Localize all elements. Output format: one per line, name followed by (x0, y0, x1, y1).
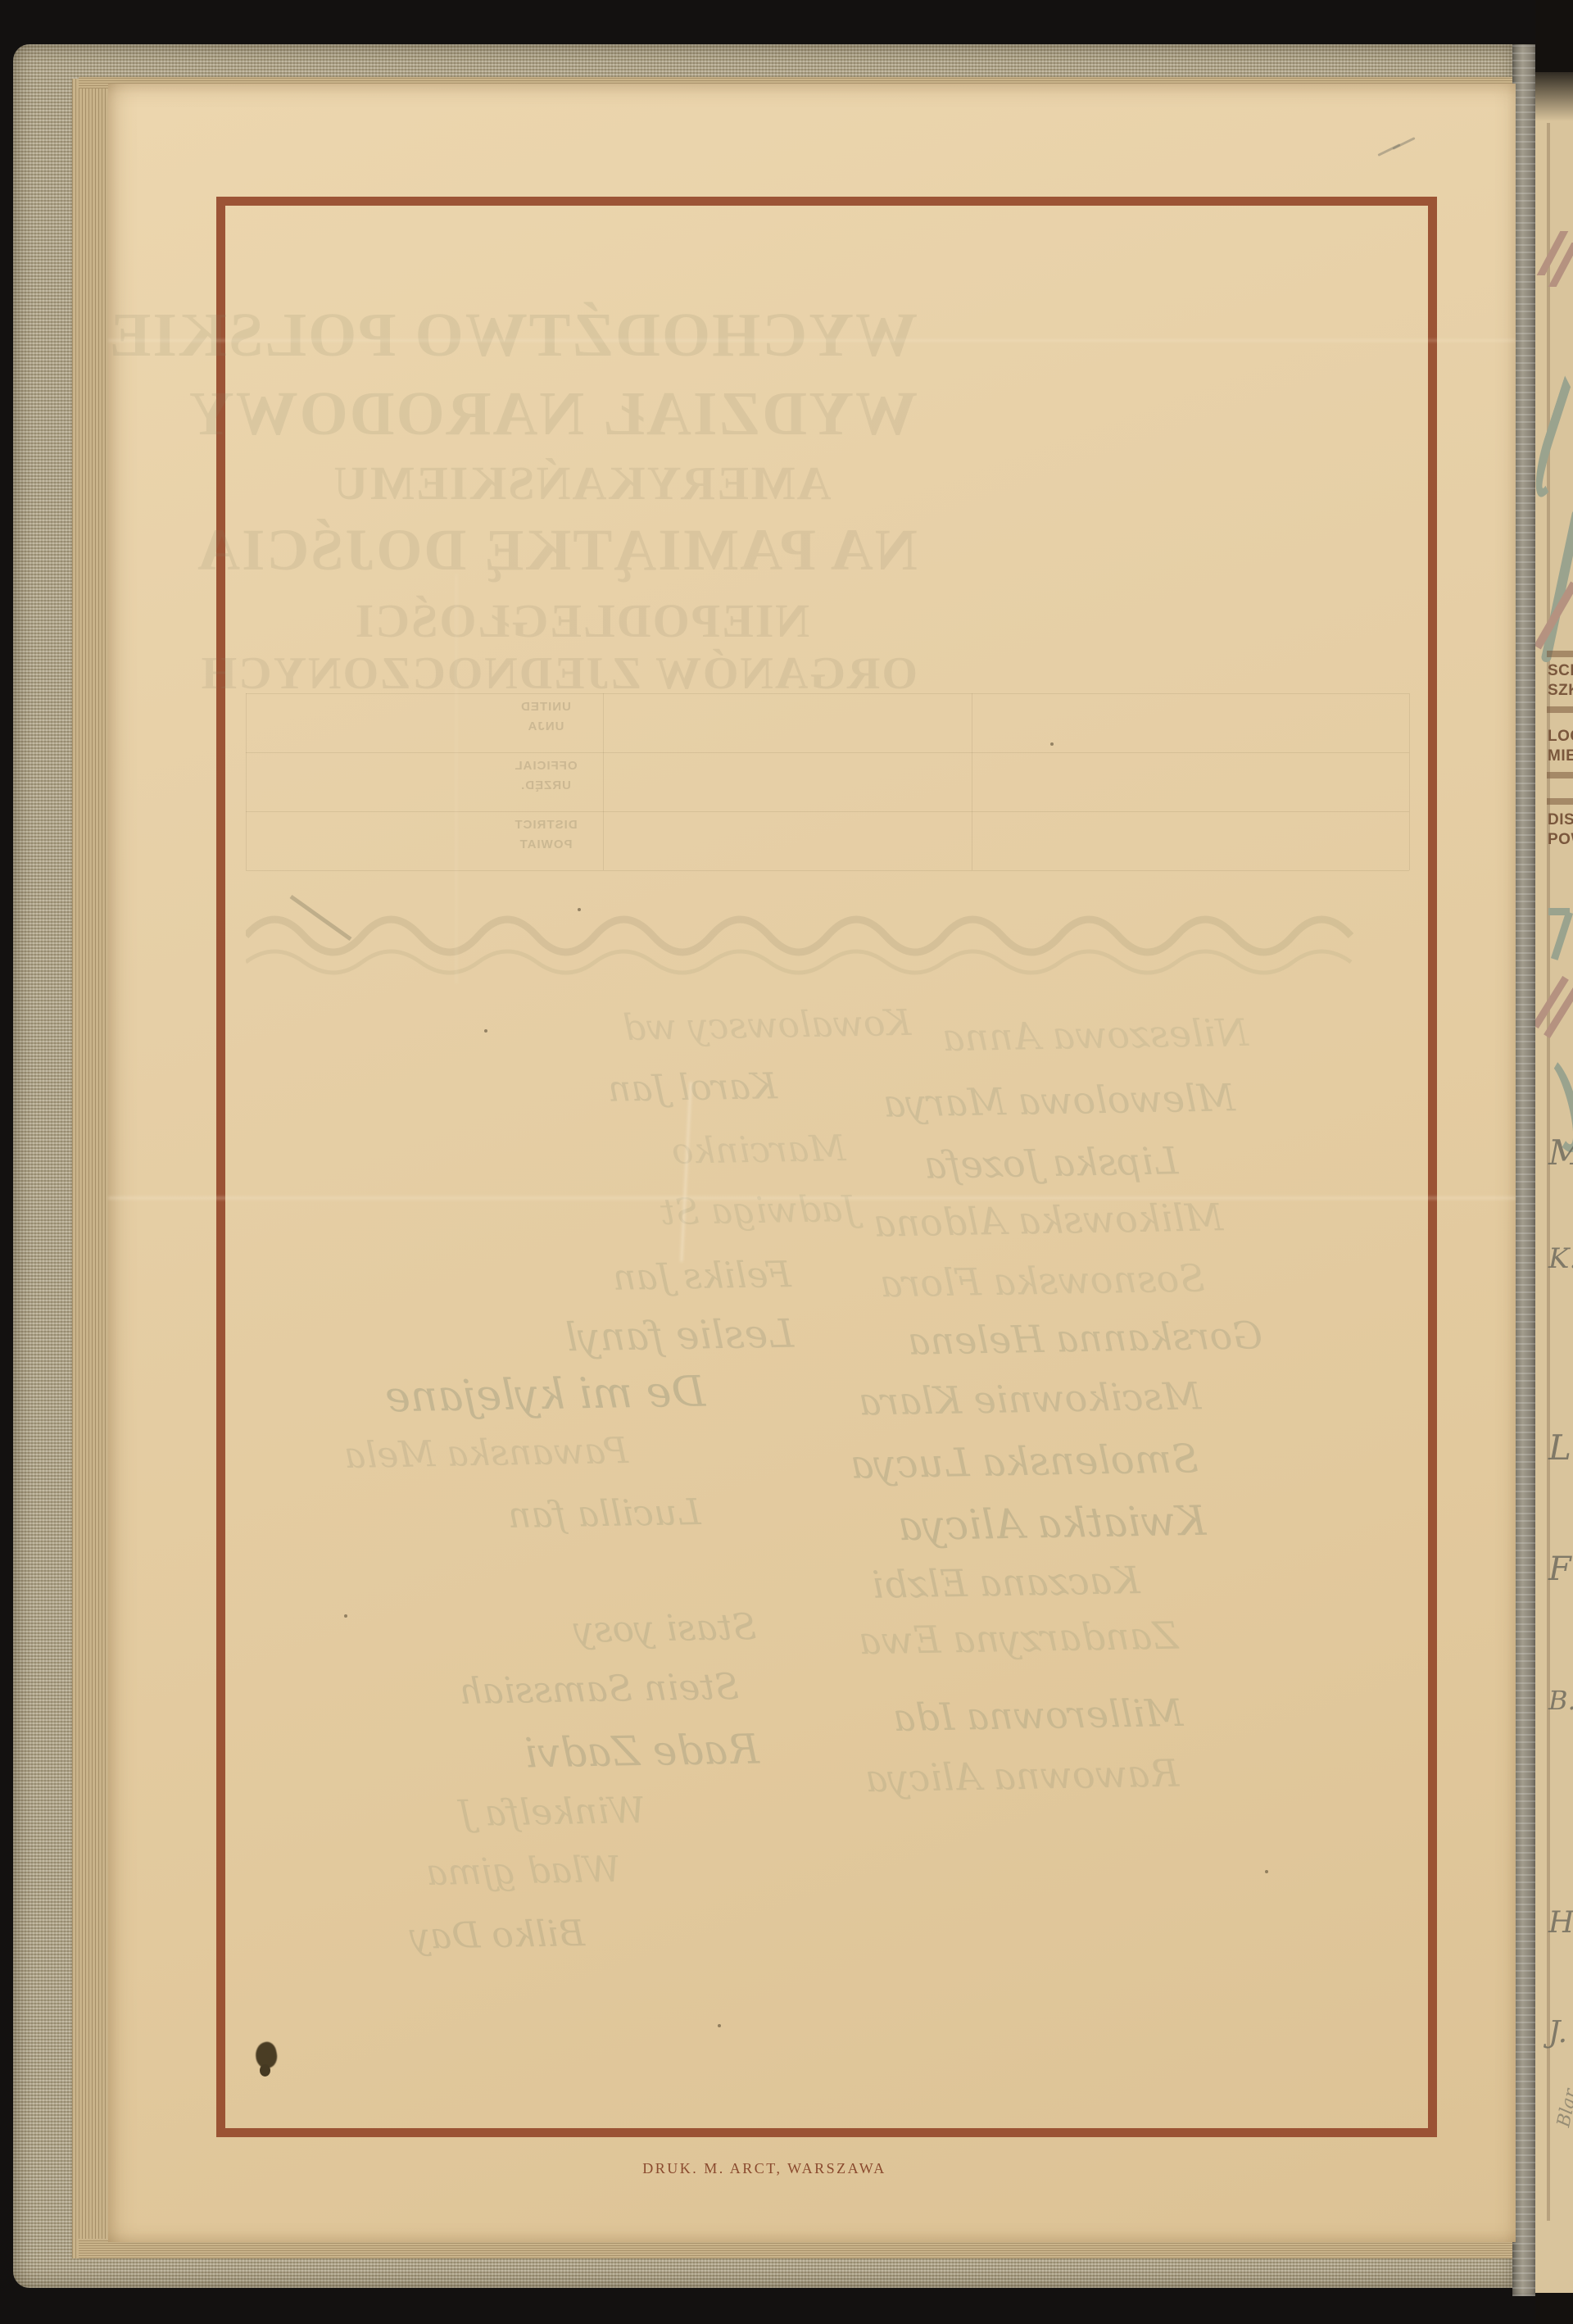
ghost-handwriting-line: Zandarzyna Ewa (859, 1614, 1179, 1664)
ghost-handwriting-line: Kwiatka Alicya (898, 1497, 1207, 1550)
ghost-title-line: AMERYKAŃSKIEMU (246, 456, 918, 511)
facing-initial: M (1548, 1132, 1573, 1173)
ink-blot-tail (260, 2064, 270, 2077)
ghost-table-line (603, 693, 604, 870)
ghost-table-cell: DISTRICT (488, 818, 603, 832)
ghost-handwriting-line: Mlewolowa Marya (883, 1075, 1236, 1125)
deco-sage-seven-stem-icon (1551, 911, 1573, 960)
ghost-handwriting-line: Lipska Jozefa (924, 1138, 1179, 1187)
ghost-title-line: NIEPODLEGŁOŚCI (246, 593, 918, 648)
printer-imprint: DRUK. M. ARCT, WARSZAWA (519, 2160, 1010, 2177)
ghost-handwriting-line: Karol Jan (608, 1065, 778, 1110)
ghost-title-line: WYCHODŹTWO POLSKIE (246, 300, 918, 371)
facing-initial: L (1548, 1428, 1571, 1468)
ghost-table-line (246, 811, 1409, 812)
ghost-handwriting-line: Rade Zadvi (524, 1726, 760, 1777)
scanned-book-photo: SCHO SZKO LOCA MIEJ DIST POW M K. S L F … (0, 0, 1573, 2324)
ghost-handwriting-line: Stein Samssiah (459, 1666, 740, 1713)
ghost-handwriting-line: Feliks Jan (613, 1254, 792, 1299)
ghost-table-line (1409, 693, 1410, 870)
paper-speck (484, 1029, 487, 1033)
ghost-table-line (972, 693, 972, 870)
facing-page-sliver: SCHO SZKO LOCA MIEJ DIST POW M K. S L F … (1535, 0, 1573, 2324)
paper-crease-vertical (456, 574, 457, 983)
facing-initial: H. (1548, 1906, 1573, 1940)
ghost-title-line: NA PAMIĄTKĘ DOJŚCIA (246, 516, 918, 584)
ghost-table-cell: UNJA (488, 719, 603, 733)
ghost-title-line: ORGANÓW ZJEDNOCZONYCH (246, 647, 918, 700)
facing-label-school-pl: SZKO (1548, 682, 1573, 700)
facing-page-shadow-wedge (1535, 72, 1573, 121)
ghost-table-line (246, 752, 1409, 753)
paper-speck (1265, 1870, 1268, 1873)
facing-label-local-en: LOCA (1548, 728, 1573, 746)
ghost-handwriting-line: Smolenska Lucya (850, 1436, 1199, 1487)
facing-initial: B. H (1548, 1685, 1573, 1716)
facing-label-district-pl: POW (1548, 831, 1573, 849)
ghost-handwriting-line: Bilko Day (410, 1913, 586, 1958)
ghost-table-line (246, 870, 1409, 871)
ghost-handwriting-line: Sosnowska Flora (880, 1256, 1206, 1306)
ghost-handwriting-line: Winkelfa J (459, 1790, 646, 1835)
ghost-handwriting-line: Stasi yosy (573, 1606, 757, 1651)
ghost-handwriting-line: Pawanska Mela (344, 1430, 629, 1477)
deco-sage-hook-icon (1535, 375, 1573, 501)
ghost-handwriting-line: Gorskanna Helena (908, 1313, 1263, 1364)
ghost-handwriting-line: Marcinko (672, 1128, 846, 1173)
paper-crease (108, 339, 1516, 342)
facing-page-dark-corner (1535, 0, 1573, 72)
facing-initial: F (1548, 1550, 1571, 1588)
facing-label-rule (1547, 706, 1573, 713)
paper-crease (108, 1196, 1516, 1200)
ghost-handwriting-line: Lucilla fan (508, 1491, 701, 1536)
ghost-table-cell: POWIAT (488, 837, 603, 851)
facing-initial: K. S (1548, 1242, 1573, 1275)
ghost-handwriting-line: Mlikowska Aldona (873, 1195, 1224, 1245)
ghost-handwriting-line: Wlad gjma (426, 1849, 621, 1894)
ghost-garland-band (246, 890, 1409, 980)
ghost-table-cell: OFFICIAL (488, 759, 603, 773)
facing-initial: J. (1548, 2016, 1567, 2049)
ghost-handwriting-line: Rawowna Alicya (865, 1751, 1180, 1801)
ghost-handwriting-line: Leslie fanyl (565, 1311, 795, 1361)
ghost-table-line (246, 693, 247, 870)
facing-rotated-note: Blar (1553, 2087, 1573, 2129)
facing-label-rule (1547, 798, 1573, 805)
ghost-handwriting-line: Jadwiga St (660, 1188, 858, 1233)
ghost-handwriting-line: De mi kylejane (385, 1368, 706, 1423)
facing-label-district-en: DIST (1548, 811, 1573, 829)
facing-label-local-pl: MIEJ (1548, 747, 1573, 765)
ghost-table-cell: URZĘD. (488, 778, 603, 792)
paper-speck (344, 1614, 347, 1618)
facing-label-school-en: SCHO (1548, 662, 1573, 680)
facing-label-rule (1547, 772, 1573, 778)
page-stack-edge-left (72, 79, 111, 2258)
paper-speck (1050, 742, 1054, 746)
paper-speck (718, 2024, 721, 2027)
ghost-handwriting-line: Kaczana Elzbi (872, 1558, 1140, 1607)
ghost-handwriting-line: Millerowna Ida (893, 1691, 1184, 1740)
facing-page-dark-bottom (1535, 2293, 1573, 2324)
ghost-handwriting-line: Nileszowa Anna (942, 1010, 1249, 1060)
ghost-table-cell: UNITED (488, 700, 603, 714)
ghost-handwriting-line: Mscikownie Klara (859, 1373, 1202, 1423)
facing-label-rule (1547, 651, 1573, 657)
ghost-title-line: WYDZIAŁ NARODOWY (246, 379, 918, 450)
ghost-table-line (246, 693, 1409, 694)
facing-page-glossy-speckle (1512, 44, 1535, 2296)
ghost-handwriting-line: Kowalowscy wd (623, 1002, 912, 1049)
paper-speck (578, 908, 581, 911)
